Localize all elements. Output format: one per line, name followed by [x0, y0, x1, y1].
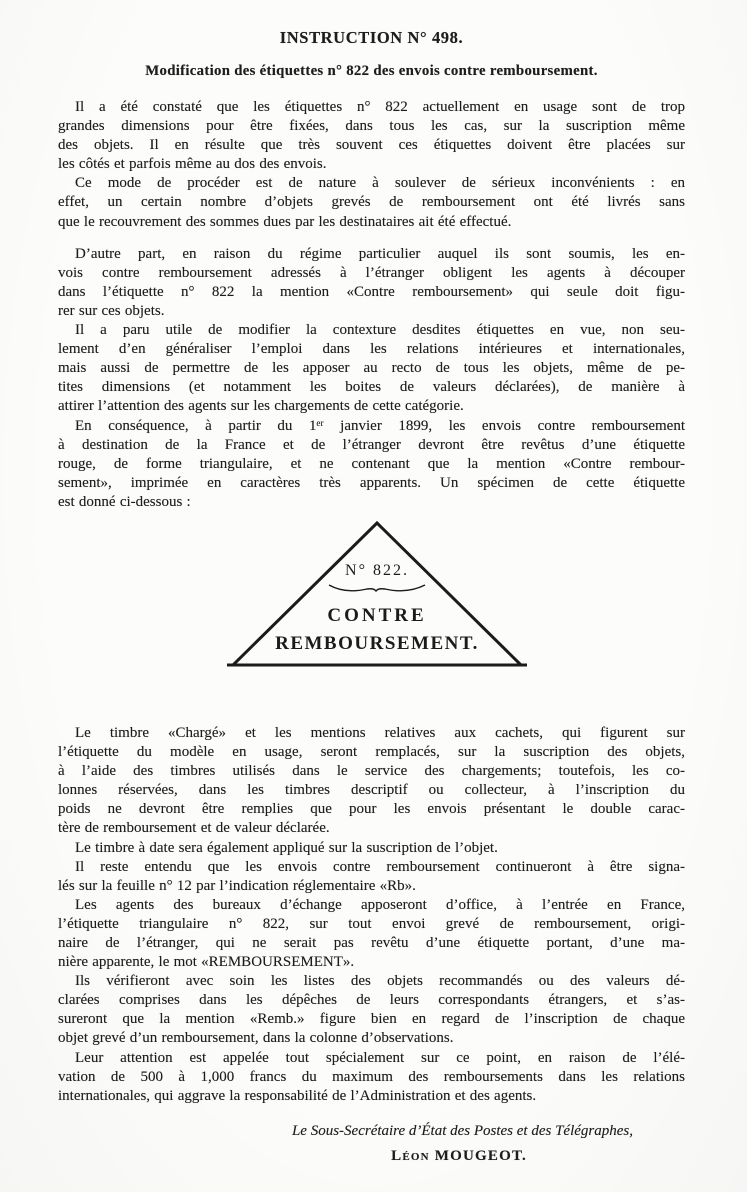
text-line: sureront que la mention «Remb.» figure b… — [58, 1010, 685, 1029]
text-line: rer sur ces objets. — [58, 302, 685, 321]
text-line: attirer l’attention des agents sur les c… — [58, 397, 685, 416]
signature-name: Léon MOUGEOT. — [58, 1147, 685, 1166]
triangle-label-specimen: N° 822. CONTRE REMBOURSEMENT. — [227, 518, 527, 673]
text-line: effet, un certain nombre d’objets grevés… — [58, 193, 685, 212]
text-line: nière apparente, le mot «REMBOURSEMENT». — [58, 953, 685, 972]
paragraph: Ils vérifieront avec soin les listes des… — [58, 972, 685, 1048]
label-remboursement-text: REMBOURSEMENT. — [275, 633, 479, 654]
text-line: D’autre part, en raison du régime partic… — [58, 245, 685, 264]
text-line: les côtés et parfois même au dos des env… — [58, 155, 685, 174]
text-line: lonnes réservées, dans les timbres descr… — [58, 781, 685, 800]
text-line: poids ne devront être remplies que pour … — [58, 800, 685, 819]
paragraph: Leur attention est appelée tout spéciale… — [58, 1049, 685, 1106]
text-line: rouge, de forme triangulaire, et ne cont… — [58, 455, 685, 474]
paragraph: Le timbre à date sera également appliqué… — [58, 839, 685, 858]
text-line: lés sur la feuille n° 12 par l’indicatio… — [58, 877, 685, 896]
paragraph: Les agents des bureaux d’échange apposer… — [58, 896, 685, 972]
label-flourish — [329, 585, 425, 591]
text-line: objet grevé d’un remboursement, dans la … — [58, 1029, 685, 1048]
text-line: naire de l’étranger, qui ne serait pas r… — [58, 934, 685, 953]
text-line: à l’aide des timbres utilisés dans le se… — [58, 762, 685, 781]
paragraph: Il a paru utile de modifier la contextur… — [58, 321, 685, 416]
paragraph: Il reste entendu que les envois contre r… — [58, 858, 685, 896]
paragraph: Ce mode de procéder est de nature à soul… — [58, 174, 685, 231]
document-page: INSTRUCTION N° 498. Modification des éti… — [0, 0, 747, 1192]
text-line: à destination de la France et de l’étran… — [58, 436, 685, 455]
paragraph: D’autre part, en raison du régime partic… — [58, 245, 685, 321]
text-line: Il a paru utile de modifier la contextur… — [58, 321, 685, 340]
text-line: des objets. Il en résulte que très souve… — [58, 136, 685, 155]
label-contre-text: CONTRE — [327, 605, 426, 626]
text-line: Le timbre à date sera également appliqué… — [58, 839, 685, 858]
text-line: Les agents des bureaux d’échange apposer… — [58, 896, 685, 915]
text-line: Leur attention est appelée tout spéciale… — [58, 1049, 685, 1068]
paragraph: En conséquence, à partir du 1ᵉʳ janvier … — [58, 417, 685, 512]
text-line: sement», imprimée en caractères très app… — [58, 474, 685, 493]
body-text-bottom: Le timbre «Chargé» et les mentions relat… — [58, 724, 685, 1106]
document-title: INSTRUCTION N° 498. — [58, 28, 685, 48]
text-line: que le recouvrement des sommes dues par … — [58, 213, 685, 232]
text-line: tère de remboursement et de valeur décla… — [58, 819, 685, 838]
text-line: l’étiquette du modèle en usage, seront r… — [58, 743, 685, 762]
text-line: tites dimensions (et notamment les boite… — [58, 378, 685, 397]
text-line: Il reste entendu que les envois contre r… — [58, 858, 685, 877]
document-subtitle: Modification des étiquettes n° 822 des e… — [58, 63, 685, 80]
text-line: l’étiquette triangulaire n° 822, sur tou… — [58, 915, 685, 934]
text-line: Il a été constaté que les étiquettes n° … — [58, 98, 685, 117]
text-line: Ils vérifieront avec soin les listes des… — [58, 972, 685, 991]
triangular-label-figure: N° 822. CONTRE REMBOURSEMENT. — [58, 518, 685, 678]
text-line: clarées comprises dans les dépêches de l… — [58, 991, 685, 1010]
signature-block: Le Sous-Secrétaire d’État des Postes et … — [58, 1122, 685, 1166]
text-line: lement d’en généraliser l’emploi dans le… — [58, 340, 685, 359]
text-line: En conséquence, à partir du 1ᵉʳ janvier … — [58, 417, 685, 436]
text-line: grandes dimensions pour être fixées, dan… — [58, 117, 685, 136]
text-line: internationales, qui aggrave la responsa… — [58, 1087, 685, 1106]
body-text-top: Il a été constaté que les étiquettes n° … — [58, 98, 685, 512]
paragraph: Le timbre «Chargé» et les mentions relat… — [58, 724, 685, 839]
paragraph: Il a été constaté que les étiquettes n° … — [58, 98, 685, 174]
text-line: Ce mode de procéder est de nature à soul… — [58, 174, 685, 193]
signature-role: Le Sous-Secrétaire d’État des Postes et … — [58, 1122, 685, 1141]
text-line: dans l’étiquette n° 822 la mention «Cont… — [58, 283, 685, 302]
text-line: est donné ci-dessous : — [58, 493, 685, 512]
text-line: mais aussi de permettre de les apposer a… — [58, 359, 685, 378]
text-line: Le timbre «Chargé» et les mentions relat… — [58, 724, 685, 743]
text-line: vation de 500 à 1,000 francs du maximum … — [58, 1068, 685, 1087]
text-line: vois contre remboursement adressés à l’é… — [58, 264, 685, 283]
label-number-text: N° 822. — [345, 562, 409, 579]
